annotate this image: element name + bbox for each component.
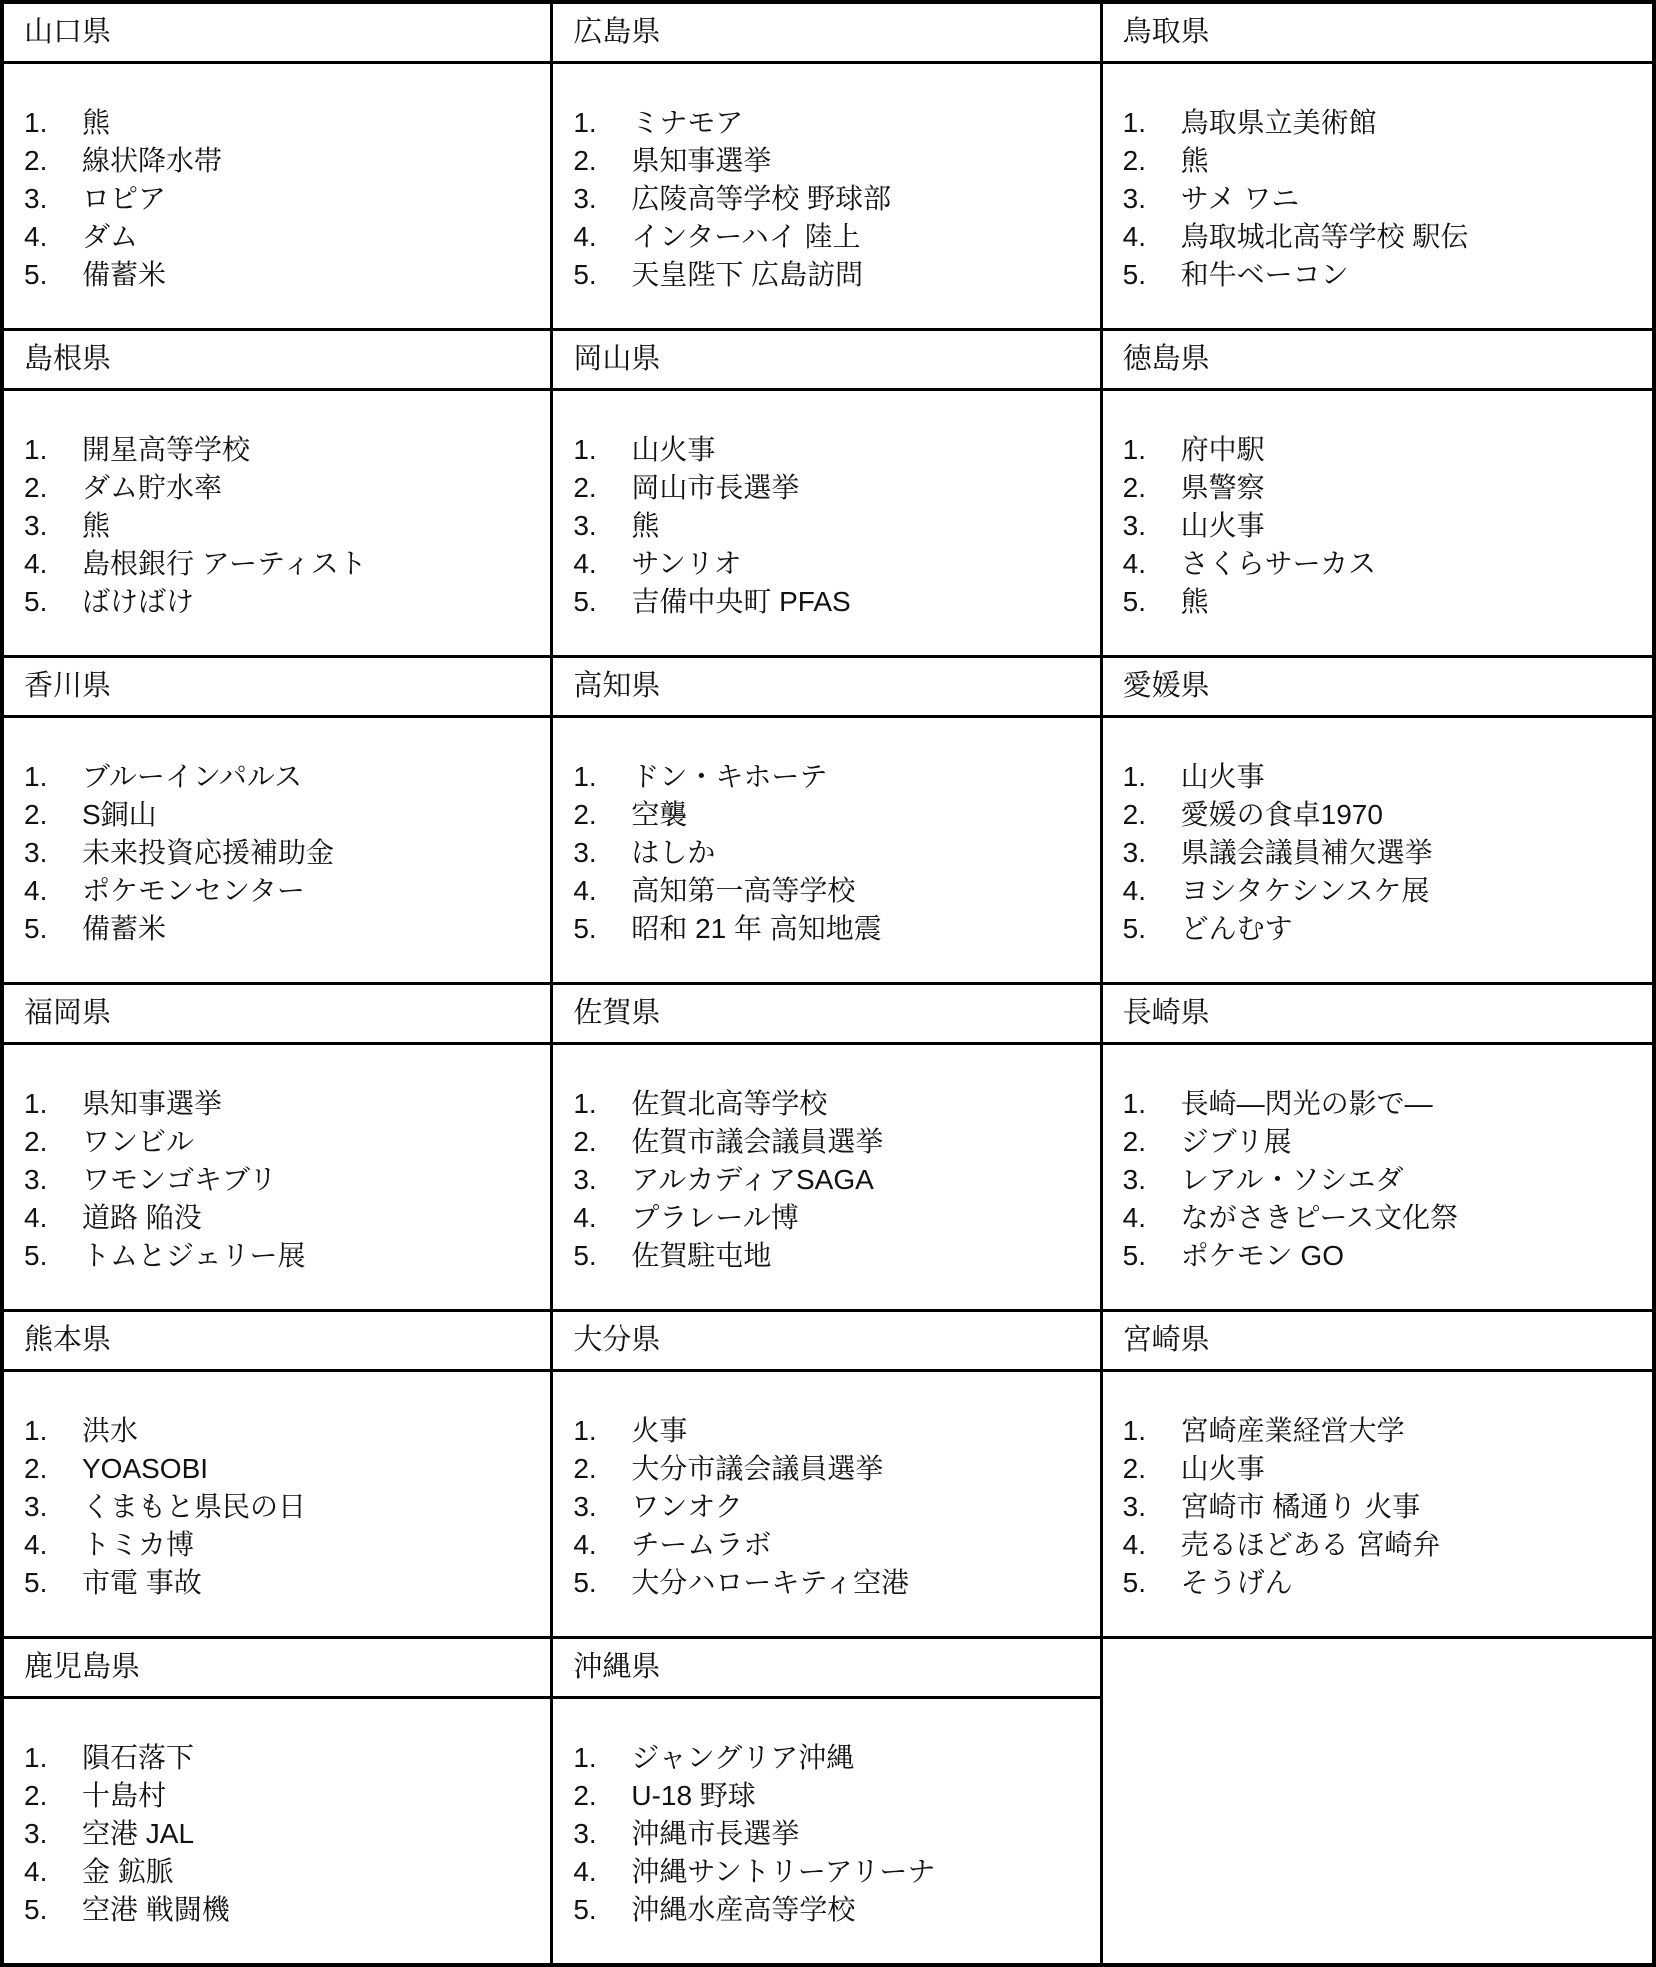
- trend-item: 3.熊: [573, 507, 1091, 545]
- trend-label: 天皇陛下 広島訪問: [631, 256, 1091, 294]
- prefecture-cell: 徳島県1.府中駅2.県警察3.山火事4.さくらサーカス5.熊: [1103, 328, 1652, 655]
- trend-item: 2.ワンビル: [24, 1123, 542, 1161]
- trend-label: 宮崎市 橘通り 火事: [1181, 1488, 1644, 1526]
- trend-list: 1.山火事2.愛媛の食卓19703.県議会議員補欠選挙4.ヨシタケシンスケ展5.…: [1123, 758, 1644, 948]
- trend-rank: 5.: [573, 910, 631, 948]
- trend-rank: 3.: [573, 1488, 631, 1526]
- trend-rank: 2.: [24, 796, 82, 834]
- trend-rank: 1.: [24, 1412, 82, 1450]
- trend-label: 大分ハローキティ空港: [631, 1564, 1091, 1602]
- trend-item: 4.プラレール博: [573, 1199, 1091, 1237]
- trend-label: 道路 陥没: [82, 1199, 542, 1237]
- trend-rank: 1.: [1123, 1412, 1181, 1450]
- prefecture-cell: 長崎県1.長崎―閃光の影で―2.ジブリ展3.レアル・ソシエダ4.ながさきピース文…: [1103, 982, 1652, 1309]
- trend-label: 空襲: [631, 796, 1091, 834]
- trend-item: 2.熊: [1123, 142, 1644, 180]
- trend-item: 4.高知第一高等学校: [573, 872, 1091, 910]
- trend-rank: 3.: [1123, 1161, 1181, 1199]
- empty-cell: [1103, 1636, 1652, 1963]
- trend-rank: 2.: [573, 1123, 631, 1161]
- trend-label: 熊: [1181, 583, 1644, 621]
- trend-item: 3.広陵高等学校 野球部: [573, 180, 1091, 218]
- trend-item: 3.はしか: [573, 834, 1091, 872]
- trend-item: 4.ポケモンセンター: [24, 872, 542, 910]
- trend-list-body: 1.ドン・キホーテ2.空襲3.はしか4.高知第一高等学校5.昭和 21 年 高知…: [553, 718, 1099, 982]
- trend-label: 隕石落下: [82, 1739, 542, 1777]
- trend-list-body: 1.ブルーインパルス2.S銅山3.未来投資応援補助金4.ポケモンセンター5.備蓄…: [4, 718, 550, 982]
- trend-label: トムとジェリー展: [82, 1237, 542, 1275]
- trend-list: 1.ミナモア2.県知事選挙3.広陵高等学校 野球部4.インターハイ 陸上5.天皇…: [573, 104, 1091, 294]
- trend-rank: 3.: [24, 1488, 82, 1526]
- trend-item: 1.鳥取県立美術館: [1123, 104, 1644, 142]
- trend-item: 2.佐賀市議会議員選挙: [573, 1123, 1091, 1161]
- trend-rank: 2.: [24, 1777, 82, 1815]
- trend-label: ワンオク: [631, 1488, 1091, 1526]
- trend-item: 2.U-18 野球: [573, 1777, 1091, 1815]
- trend-item: 1.火事: [573, 1412, 1091, 1450]
- trend-item: 5.沖縄水産高等学校: [573, 1891, 1091, 1929]
- trend-label: はしか: [631, 834, 1091, 872]
- trend-rank: 3.: [573, 834, 631, 872]
- trend-rank: 3.: [24, 507, 82, 545]
- trend-rank: 2.: [24, 1450, 82, 1488]
- trend-label: 愛媛の食卓1970: [1181, 796, 1644, 834]
- trend-label: ポケモン GO: [1181, 1237, 1644, 1275]
- trend-item: 2.S銅山: [24, 796, 542, 834]
- trend-rank: 1.: [573, 431, 631, 469]
- trend-item: 1.洪水: [24, 1412, 542, 1450]
- trend-list-body: 1.鳥取県立美術館2.熊3.サメ ワニ4.鳥取城北高等学校 駅伝5.和牛ベーコン: [1103, 64, 1652, 328]
- trend-rank: 2.: [1123, 1450, 1181, 1488]
- trend-list-body: 1.長崎―閃光の影で―2.ジブリ展3.レアル・ソシエダ4.ながさきピース文化祭5…: [1103, 1045, 1652, 1309]
- trend-rank: 5.: [1123, 1237, 1181, 1275]
- trend-list-body: 1.山火事2.愛媛の食卓19703.県議会議員補欠選挙4.ヨシタケシンスケ展5.…: [1103, 718, 1652, 982]
- trend-item: 3.ワモンゴキブリ: [24, 1161, 542, 1199]
- trend-item: 4.ダム: [24, 218, 542, 256]
- trend-label: くまもと県民の日: [82, 1488, 542, 1526]
- trend-item: 4.ながさきピース文化祭: [1123, 1199, 1644, 1237]
- trend-rank: 3.: [24, 1161, 82, 1199]
- trend-label: 高知第一高等学校: [631, 872, 1091, 910]
- trend-label: ワンビル: [82, 1123, 542, 1161]
- trend-item: 4.金 鉱脈: [24, 1853, 542, 1891]
- trend-rank: 1.: [1123, 431, 1181, 469]
- trend-list: 1.長崎―閃光の影で―2.ジブリ展3.レアル・ソシエダ4.ながさきピース文化祭5…: [1123, 1085, 1644, 1275]
- trend-list-body: 1.隕石落下2.十島村3.空港 JAL4.金 鉱脈5.空港 戦闘機: [4, 1699, 550, 1963]
- trend-list: 1.山火事2.岡山市長選挙3.熊4.サンリオ5.吉備中央町 PFAS: [573, 431, 1091, 621]
- trend-list: 1.ブルーインパルス2.S銅山3.未来投資応援補助金4.ポケモンセンター5.備蓄…: [24, 758, 542, 948]
- trend-item: 5.備蓄米: [24, 910, 542, 948]
- prefecture-name: 熊本県: [4, 1312, 550, 1372]
- trend-rank: 1.: [573, 1739, 631, 1777]
- trend-item: 5.トムとジェリー展: [24, 1237, 542, 1275]
- trend-label: ミナモア: [631, 104, 1091, 142]
- trend-list-body: 1.佐賀北高等学校2.佐賀市議会議員選挙3.アルカディアSAGA4.プラレール博…: [553, 1045, 1099, 1309]
- trend-item: 4.インターハイ 陸上: [573, 218, 1091, 256]
- trend-rank: 3.: [1123, 834, 1181, 872]
- prefecture-name: 広島県: [553, 4, 1099, 64]
- trend-label: インターハイ 陸上: [631, 218, 1091, 256]
- trend-label: 県知事選挙: [631, 142, 1091, 180]
- trend-label: ワモンゴキブリ: [82, 1161, 542, 1199]
- trend-label: 沖縄水産高等学校: [631, 1891, 1091, 1929]
- trend-rank: 3.: [24, 1815, 82, 1853]
- trend-item: 5.どんむす: [1123, 910, 1644, 948]
- trend-rank: 4.: [573, 872, 631, 910]
- trend-list-body: 1.府中駅2.県警察3.山火事4.さくらサーカス5.熊: [1103, 391, 1652, 655]
- trend-item: 2.岡山市長選挙: [573, 469, 1091, 507]
- trend-label: 岡山市長選挙: [631, 469, 1091, 507]
- trend-item: 1.山火事: [1123, 758, 1644, 796]
- trend-rank: 5.: [24, 583, 82, 621]
- trend-item: 1.熊: [24, 104, 542, 142]
- trend-label: 山火事: [1181, 1450, 1644, 1488]
- trend-rank: 2.: [1123, 1123, 1181, 1161]
- trend-item: 2.線状降水帯: [24, 142, 542, 180]
- trend-label: ヨシタケシンスケ展: [1181, 872, 1644, 910]
- trend-label: 金 鉱脈: [82, 1853, 542, 1891]
- trend-item: 3.空港 JAL: [24, 1815, 542, 1853]
- trend-item: 1.ジャングリア沖縄: [573, 1739, 1091, 1777]
- prefecture-name: 宮崎県: [1103, 1312, 1652, 1372]
- trend-rank: 1.: [1123, 758, 1181, 796]
- trend-item: 4.ヨシタケシンスケ展: [1123, 872, 1644, 910]
- trend-rank: 4.: [24, 1853, 82, 1891]
- trend-item: 5.昭和 21 年 高知地震: [573, 910, 1091, 948]
- trend-rank: 4.: [1123, 1199, 1181, 1237]
- trend-item: 1.隕石落下: [24, 1739, 542, 1777]
- trend-label: S銅山: [82, 796, 542, 834]
- trend-rank: 4.: [573, 1526, 631, 1564]
- trend-rank: 5.: [573, 1564, 631, 1602]
- trend-item: 4.沖縄サントリーアリーナ: [573, 1853, 1091, 1891]
- trend-label: 島根銀行 アーティスト: [82, 545, 542, 583]
- trend-rank: 1.: [24, 431, 82, 469]
- trend-rank: 5.: [1123, 1564, 1181, 1602]
- trend-rank: 5.: [24, 256, 82, 294]
- prefecture-cell: 高知県1.ドン・キホーテ2.空襲3.はしか4.高知第一高等学校5.昭和 21 年…: [553, 655, 1102, 982]
- trend-rank: 1.: [573, 1085, 631, 1123]
- trend-list: 1.宮崎産業経営大学2.山火事3.宮崎市 橘通り 火事4.売るほどある 宮崎弁5…: [1123, 1412, 1644, 1602]
- trend-list: 1.開星高等学校2.ダム貯水率3.熊4.島根銀行 アーティスト5.ばけばけ: [24, 431, 542, 621]
- trend-label: 県議会議員補欠選挙: [1181, 834, 1644, 872]
- trend-label: 空港 戦闘機: [82, 1891, 542, 1929]
- prefecture-cell: 鳥取県1.鳥取県立美術館2.熊3.サメ ワニ4.鳥取城北高等学校 駅伝5.和牛ベ…: [1103, 4, 1652, 328]
- trend-rank: 2.: [24, 469, 82, 507]
- trend-label: 鳥取県立美術館: [1181, 104, 1644, 142]
- trend-rank: 5.: [1123, 583, 1181, 621]
- trend-item: 5.ばけばけ: [24, 583, 542, 621]
- trend-rank: 1.: [24, 104, 82, 142]
- trend-item: 3.ワンオク: [573, 1488, 1091, 1526]
- trend-item: 5.和牛ベーコン: [1123, 256, 1644, 294]
- trend-rank: 5.: [24, 910, 82, 948]
- trend-rank: 5.: [573, 583, 631, 621]
- trend-rank: 2.: [573, 469, 631, 507]
- trend-label: サメ ワニ: [1181, 180, 1644, 218]
- trend-label: さくらサーカス: [1181, 545, 1644, 583]
- trend-list-body: 1.ジャングリア沖縄2.U-18 野球3.沖縄市長選挙4.沖縄サントリーアリーナ…: [553, 1699, 1099, 1963]
- trend-item: 5.備蓄米: [24, 256, 542, 294]
- trend-rank: 4.: [573, 1199, 631, 1237]
- trend-rank: 2.: [573, 1777, 631, 1815]
- trend-label: レアル・ソシエダ: [1181, 1161, 1644, 1199]
- trend-rank: 2.: [24, 142, 82, 180]
- trend-label: 佐賀駐屯地: [631, 1237, 1091, 1275]
- trend-item: 5.そうげん: [1123, 1564, 1644, 1602]
- trend-item: 3.ロピア: [24, 180, 542, 218]
- prefecture-cell: 香川県1.ブルーインパルス2.S銅山3.未来投資応援補助金4.ポケモンセンター5…: [4, 655, 553, 982]
- trend-label: 熊: [82, 507, 542, 545]
- trend-label: 熊: [631, 507, 1091, 545]
- prefecture-cell: 島根県1.開星高等学校2.ダム貯水率3.熊4.島根銀行 アーティスト5.ばけばけ: [4, 328, 553, 655]
- trend-label: 線状降水帯: [82, 142, 542, 180]
- trend-label: 和牛ベーコン: [1181, 256, 1644, 294]
- trend-label: 十島村: [82, 1777, 542, 1815]
- trend-label: ジブリ展: [1181, 1123, 1644, 1161]
- trend-item: 2.ジブリ展: [1123, 1123, 1644, 1161]
- trend-label: 県警察: [1181, 469, 1644, 507]
- trend-item: 5.ポケモン GO: [1123, 1237, 1644, 1275]
- prefecture-name: 高知県: [553, 658, 1099, 718]
- trend-label: 山火事: [1181, 507, 1644, 545]
- trend-list: 1.火事2.大分市議会議員選挙3.ワンオク4.チームラボ5.大分ハローキティ空港: [573, 1412, 1091, 1602]
- trend-item: 2.ダム貯水率: [24, 469, 542, 507]
- prefecture-name: 鳥取県: [1103, 4, 1652, 64]
- trend-label: ブルーインパルス: [82, 758, 542, 796]
- prefecture-cell: 岡山県1.山火事2.岡山市長選挙3.熊4.サンリオ5.吉備中央町 PFAS: [553, 328, 1102, 655]
- trend-label: 佐賀北高等学校: [631, 1085, 1091, 1123]
- trend-item: 5.吉備中央町 PFAS: [573, 583, 1091, 621]
- trend-list-body: 1.洪水2.YOASOBI3.くまもと県民の日4.トミカ博5.市電 事故: [4, 1372, 550, 1636]
- trend-list-body: 1.火事2.大分市議会議員選挙3.ワンオク4.チームラボ5.大分ハローキティ空港: [553, 1372, 1099, 1636]
- trend-rank: 5.: [573, 256, 631, 294]
- trend-list-body: 1.山火事2.岡山市長選挙3.熊4.サンリオ5.吉備中央町 PFAS: [553, 391, 1099, 655]
- trend-item: 1.ミナモア: [573, 104, 1091, 142]
- trend-rank: 2.: [1123, 796, 1181, 834]
- trend-item: 2.県知事選挙: [573, 142, 1091, 180]
- trend-label: 吉備中央町 PFAS: [631, 583, 1091, 621]
- trend-item: 2.YOASOBI: [24, 1450, 542, 1488]
- trend-item: 2.山火事: [1123, 1450, 1644, 1488]
- trend-rank: 3.: [573, 1815, 631, 1853]
- trend-rank: 5.: [1123, 910, 1181, 948]
- trend-label: 沖縄市長選挙: [631, 1815, 1091, 1853]
- trend-list: 1.鳥取県立美術館2.熊3.サメ ワニ4.鳥取城北高等学校 駅伝5.和牛ベーコン: [1123, 104, 1644, 294]
- trend-label: 熊: [1181, 142, 1644, 180]
- trend-label: そうげん: [1181, 1564, 1644, 1602]
- trend-list: 1.ドン・キホーテ2.空襲3.はしか4.高知第一高等学校5.昭和 21 年 高知…: [573, 758, 1091, 948]
- prefecture-name: 佐賀県: [553, 985, 1099, 1045]
- trend-item: 3.宮崎市 橘通り 火事: [1123, 1488, 1644, 1526]
- trend-label: 火事: [631, 1412, 1091, 1450]
- trend-label: 備蓄米: [82, 256, 542, 294]
- trend-list: 1.ジャングリア沖縄2.U-18 野球3.沖縄市長選挙4.沖縄サントリーアリーナ…: [573, 1739, 1091, 1929]
- trend-item: 2.十島村: [24, 1777, 542, 1815]
- trend-item: 5.熊: [1123, 583, 1644, 621]
- trend-item: 4.道路 陥没: [24, 1199, 542, 1237]
- trend-rank: 4.: [1123, 545, 1181, 583]
- trend-item: 4.チームラボ: [573, 1526, 1091, 1564]
- trend-label: 市電 事故: [82, 1564, 542, 1602]
- trend-item: 4.トミカ博: [24, 1526, 542, 1564]
- trend-label: サンリオ: [631, 545, 1091, 583]
- trend-item: 1.府中駅: [1123, 431, 1644, 469]
- trend-rank: 5.: [573, 1891, 631, 1929]
- trend-list-body: 1.宮崎産業経営大学2.山火事3.宮崎市 橘通り 火事4.売るほどある 宮崎弁5…: [1103, 1372, 1652, 1636]
- trend-label: アルカディアSAGA: [631, 1161, 1091, 1199]
- prefecture-name: 山口県: [4, 4, 550, 64]
- trend-item: 4.サンリオ: [573, 545, 1091, 583]
- trend-rank: 5.: [24, 1891, 82, 1929]
- trend-list: 1.府中駅2.県警察3.山火事4.さくらサーカス5.熊: [1123, 431, 1644, 621]
- prefecture-cell: 福岡県1.県知事選挙2.ワンビル3.ワモンゴキブリ4.道路 陥没5.トムとジェリ…: [4, 982, 553, 1309]
- trend-rank: 4.: [573, 218, 631, 256]
- trend-item: 5.市電 事故: [24, 1564, 542, 1602]
- prefecture-name: 大分県: [553, 1312, 1099, 1372]
- trend-rank: 2.: [1123, 142, 1181, 180]
- trend-item: 3.熊: [24, 507, 542, 545]
- trend-rank: 3.: [24, 180, 82, 218]
- trend-item: 5.大分ハローキティ空港: [573, 1564, 1091, 1602]
- trend-label: 空港 JAL: [82, 1815, 542, 1853]
- trend-rank: 4.: [24, 1199, 82, 1237]
- trend-rank: 4.: [1123, 1526, 1181, 1564]
- trend-item: 4.売るほどある 宮崎弁: [1123, 1526, 1644, 1564]
- trend-item: 3.沖縄市長選挙: [573, 1815, 1091, 1853]
- trend-rank: 3.: [573, 180, 631, 218]
- trend-item: 5.天皇陛下 広島訪問: [573, 256, 1091, 294]
- trend-item: 3.サメ ワニ: [1123, 180, 1644, 218]
- document-page: 山口県1.熊2.線状降水帯3.ロピア4.ダム5.備蓄米広島県1.ミナモア2.県知…: [0, 0, 1656, 1967]
- prefecture-cell: 鹿児島県1.隕石落下2.十島村3.空港 JAL4.金 鉱脈5.空港 戦闘機: [4, 1636, 553, 1963]
- trend-rank: 1.: [24, 1085, 82, 1123]
- trend-label: ダム貯水率: [82, 469, 542, 507]
- trend-label: 昭和 21 年 高知地震: [631, 910, 1091, 948]
- trend-item: 2.県警察: [1123, 469, 1644, 507]
- trend-rank: 1.: [1123, 104, 1181, 142]
- trend-label: 府中駅: [1181, 431, 1644, 469]
- trend-item: 1.県知事選挙: [24, 1085, 542, 1123]
- trend-label: チームラボ: [631, 1526, 1091, 1564]
- prefecture-name: 鹿児島県: [4, 1639, 550, 1699]
- trend-label: ダム: [82, 218, 542, 256]
- trend-label: 沖縄サントリーアリーナ: [631, 1853, 1091, 1891]
- trend-item: 3.県議会議員補欠選挙: [1123, 834, 1644, 872]
- trend-item: 3.未来投資応援補助金: [24, 834, 542, 872]
- trend-label: プラレール博: [631, 1199, 1091, 1237]
- trend-rank: 2.: [573, 1450, 631, 1488]
- trend-rank: 5.: [24, 1564, 82, 1602]
- trend-list: 1.県知事選挙2.ワンビル3.ワモンゴキブリ4.道路 陥没5.トムとジェリー展: [24, 1085, 542, 1275]
- trend-item: 1.開星高等学校: [24, 431, 542, 469]
- trend-item: 3.山火事: [1123, 507, 1644, 545]
- trend-item: 5.佐賀駐屯地: [573, 1237, 1091, 1275]
- trend-rank: 3.: [1123, 507, 1181, 545]
- trend-list-body: 1.開星高等学校2.ダム貯水率3.熊4.島根銀行 アーティスト5.ばけばけ: [4, 391, 550, 655]
- trend-label: 未来投資応援補助金: [82, 834, 542, 872]
- trend-rank: 4.: [573, 1853, 631, 1891]
- trend-rank: 3.: [1123, 180, 1181, 218]
- trend-rank: 4.: [1123, 872, 1181, 910]
- trend-rank: 1.: [573, 104, 631, 142]
- prefecture-cell: 広島県1.ミナモア2.県知事選挙3.広陵高等学校 野球部4.インターハイ 陸上5…: [553, 4, 1102, 328]
- trend-rank: 1.: [24, 1739, 82, 1777]
- trend-rank: 4.: [1123, 218, 1181, 256]
- trend-rank: 4.: [24, 545, 82, 583]
- trend-item: 1.佐賀北高等学校: [573, 1085, 1091, 1123]
- trend-list: 1.佐賀北高等学校2.佐賀市議会議員選挙3.アルカディアSAGA4.プラレール博…: [573, 1085, 1091, 1275]
- trend-label: トミカ博: [82, 1526, 542, 1564]
- trend-list: 1.洪水2.YOASOBI3.くまもと県民の日4.トミカ博5.市電 事故: [24, 1412, 542, 1602]
- trend-item: 1.長崎―閃光の影で―: [1123, 1085, 1644, 1123]
- prefecture-name: 愛媛県: [1103, 658, 1652, 718]
- trend-list: 1.熊2.線状降水帯3.ロピア4.ダム5.備蓄米: [24, 104, 542, 294]
- trend-item: 5.空港 戦闘機: [24, 1891, 542, 1929]
- trend-label: ジャングリア沖縄: [631, 1739, 1091, 1777]
- trend-item: 1.宮崎産業経営大学: [1123, 1412, 1644, 1450]
- trend-rank: 3.: [573, 1161, 631, 1199]
- trend-rank: 1.: [24, 758, 82, 796]
- trend-label: 備蓄米: [82, 910, 542, 948]
- trend-rank: 4.: [24, 218, 82, 256]
- trend-list-body: 1.県知事選挙2.ワンビル3.ワモンゴキブリ4.道路 陥没5.トムとジェリー展: [4, 1045, 550, 1309]
- trend-rank: 4.: [24, 872, 82, 910]
- trend-label: 山火事: [631, 431, 1091, 469]
- trend-label: 熊: [82, 104, 542, 142]
- trend-item: 3.アルカディアSAGA: [573, 1161, 1091, 1199]
- trend-rank: 2.: [573, 796, 631, 834]
- prefecture-name: 徳島県: [1103, 331, 1652, 391]
- trend-label: 宮崎産業経営大学: [1181, 1412, 1644, 1450]
- trend-item: 4.さくらサーカス: [1123, 545, 1644, 583]
- prefecture-cell: 佐賀県1.佐賀北高等学校2.佐賀市議会議員選挙3.アルカディアSAGA4.プラレ…: [553, 982, 1102, 1309]
- trend-rank: 5.: [573, 1237, 631, 1275]
- trend-item: 4.鳥取城北高等学校 駅伝: [1123, 218, 1644, 256]
- trend-list-body: 1.ミナモア2.県知事選挙3.広陵高等学校 野球部4.インターハイ 陸上5.天皇…: [553, 64, 1099, 328]
- trend-rank: 2.: [573, 142, 631, 180]
- trend-label: 売るほどある 宮崎弁: [1181, 1526, 1644, 1564]
- trend-rank: 3.: [1123, 1488, 1181, 1526]
- trend-list: 1.隕石落下2.十島村3.空港 JAL4.金 鉱脈5.空港 戦闘機: [24, 1739, 542, 1929]
- prefecture-name: 沖縄県: [553, 1639, 1099, 1699]
- trend-label: 佐賀市議会議員選挙: [631, 1123, 1091, 1161]
- trend-rank: 5.: [24, 1237, 82, 1275]
- prefecture-cell: 大分県1.火事2.大分市議会議員選挙3.ワンオク4.チームラボ5.大分ハローキテ…: [553, 1309, 1102, 1636]
- prefecture-trends-table: 山口県1.熊2.線状降水帯3.ロピア4.ダム5.備蓄米広島県1.ミナモア2.県知…: [0, 0, 1656, 1967]
- trend-label: ポケモンセンター: [82, 872, 542, 910]
- trend-item: 2.愛媛の食卓1970: [1123, 796, 1644, 834]
- prefecture-name: 福岡県: [4, 985, 550, 1045]
- trend-list-body: 1.熊2.線状降水帯3.ロピア4.ダム5.備蓄米: [4, 64, 550, 328]
- trend-rank: 1.: [1123, 1085, 1181, 1123]
- trend-label: 県知事選挙: [82, 1085, 542, 1123]
- trend-label: 洪水: [82, 1412, 542, 1450]
- prefecture-name: 岡山県: [553, 331, 1099, 391]
- trend-item: 1.ブルーインパルス: [24, 758, 542, 796]
- trend-label: ばけばけ: [82, 583, 542, 621]
- trend-item: 1.ドン・キホーテ: [573, 758, 1091, 796]
- trend-label: ドン・キホーテ: [631, 758, 1091, 796]
- trend-label: 大分市議会議員選挙: [631, 1450, 1091, 1488]
- trend-item: 4.島根銀行 アーティスト: [24, 545, 542, 583]
- trend-rank: 2.: [24, 1123, 82, 1161]
- trend-label: U-18 野球: [631, 1777, 1091, 1815]
- trend-label: ながさきピース文化祭: [1181, 1199, 1644, 1237]
- trend-label: 開星高等学校: [82, 431, 542, 469]
- trend-rank: 3.: [24, 834, 82, 872]
- trend-rank: 1.: [573, 1412, 631, 1450]
